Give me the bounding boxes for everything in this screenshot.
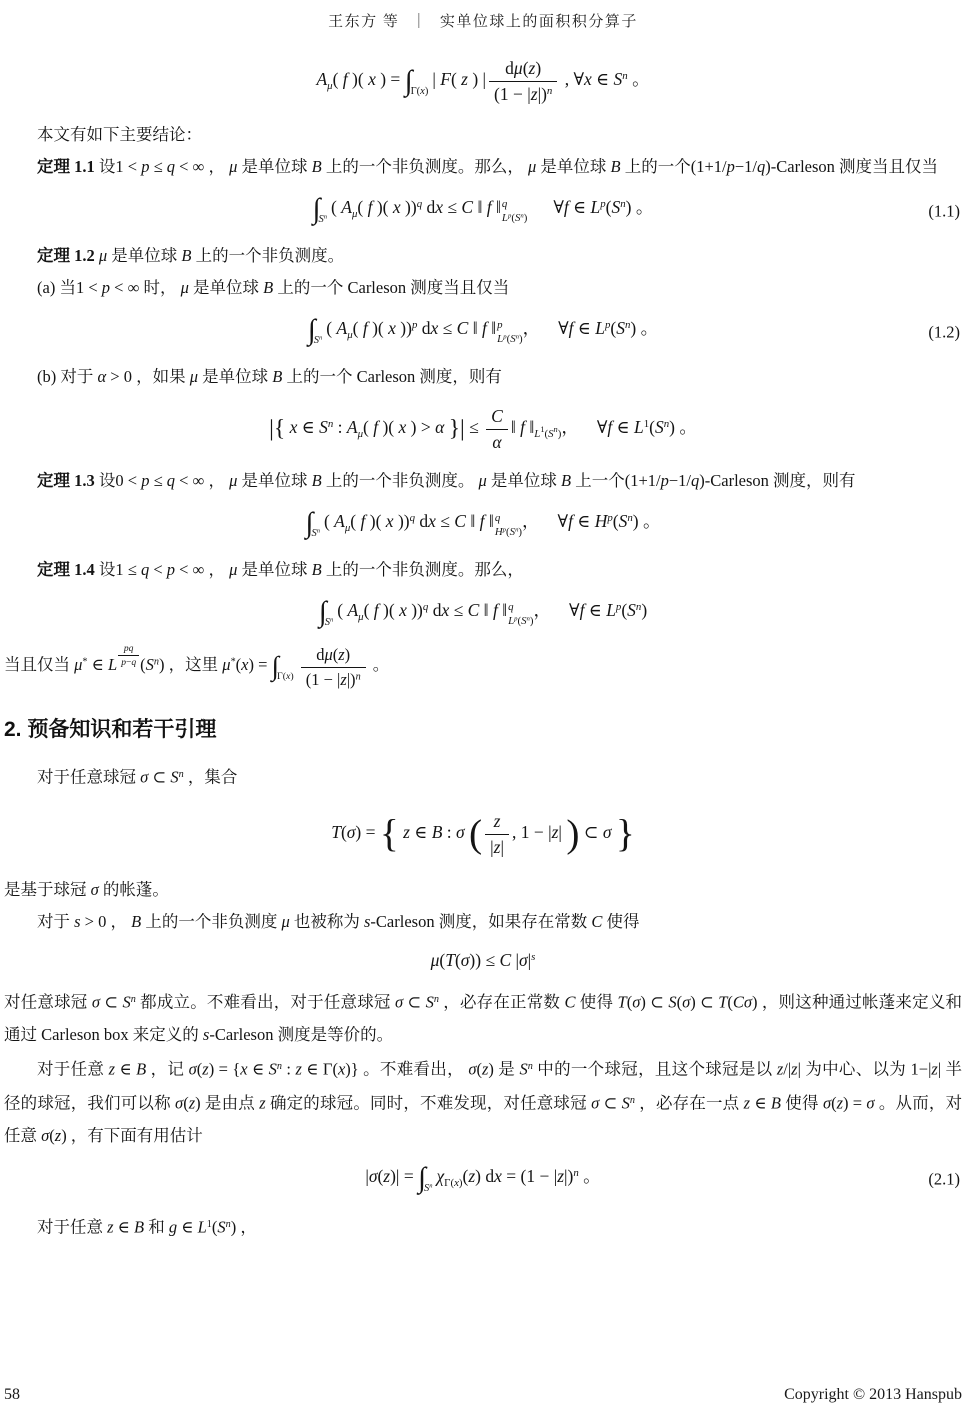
theorem-1-4: 定理 1.4 设1 ≤ q < p < ∞ ， μ 是单位球 B 上的一个非负测… — [4, 554, 962, 586]
formula-tail: ∀f ∈ Lp(Sn) — [569, 600, 647, 620]
formula-tent-def: T(σ) = { z ∈ B : σ (z|z|, 1 − |z| ) ⊂ σ … — [4, 810, 962, 858]
header-article-title: 实单位球上的面积积分算子 — [440, 14, 638, 30]
norm-sup-sub: qLp(Sn) — [502, 197, 527, 225]
formula-1-1: ∫Sn( Aμ( f )( x ))q dx ≤ C ‖ f ‖qLp(Sn)∀… — [4, 197, 962, 226]
norm-sup-sub: qLp(Sn) — [508, 600, 533, 628]
equation-number: (2.1) — [928, 1170, 960, 1191]
item-a: (a) 当1 < p < ∞ 时， μ 是单位球 B 上的一个 Carleson… — [4, 272, 962, 304]
integral-subscript: Sn — [314, 335, 323, 346]
fraction-denominator: (1 − |z|)n — [301, 668, 366, 690]
paragraph-final: 对于任意 z ∈ B 和 g ∈ L1(Sn) ， — [4, 1209, 962, 1244]
fraction: dμ(z)(1 − |z|)n — [301, 644, 366, 690]
formula-weak-type: |{ x ∈ Sn : Aμ( f )( x ) > α }| ≤ Cα‖ f … — [4, 405, 962, 453]
integral-subscript: Sn — [311, 528, 320, 539]
fraction-denominator: |z| — [485, 835, 509, 858]
formula-lead: Aμ( f )( x ) = — [316, 69, 404, 89]
formula-norm: ‖ f ‖L1(Sn)， — [511, 417, 579, 437]
integral-subscript: Sn — [424, 1183, 433, 1194]
paragraph-sigma-z: 对于任意 z ∈ B ，记 σ(z) = {x ∈ Sn : z ∈ Γ(x)}… — [4, 1051, 962, 1152]
fraction-numerator: z — [485, 810, 509, 835]
norm-sup-sub: qHp(Sn) — [495, 511, 522, 539]
paragraph-tent: 是基于球冠 σ 的帐蓬。 — [4, 874, 962, 906]
formula-tail: , ∀x ∈ Sn 。 — [560, 69, 649, 89]
running-header: 王东方 等｜实单位球上的面积积分算子 — [4, 10, 962, 31]
formula-tail: ∀f ∈ Hp(Sn) 。 — [558, 511, 661, 531]
fraction-denominator: (1 − |z|)n — [489, 82, 557, 105]
integral-subscript: Γ(x) — [411, 86, 429, 97]
paragraph-equivalence: 对任意球冠 σ ⊂ Sn 都成立。不难看出，对于任意球冠 σ ⊂ Sn ，必存在… — [4, 984, 962, 1051]
exponent-fraction: pqp−q — [118, 643, 139, 668]
paragraph-intro: 本文有如下主要结论： — [4, 119, 962, 151]
formula-tail: ∀f ∈ Lp(Sn) 。 — [553, 197, 653, 217]
formula-1-2: ∫Sn( Aμ( f )( x ))p dx ≤ C ‖ f ‖pLp(Sn)，… — [4, 318, 962, 347]
theorem-1-3: 定理 1.3 设0 < p ≤ q < ∞ ， μ 是单位球 B 上的一个非负测… — [4, 465, 962, 497]
formula-body: ( Aμ( f )( x ))q dx ≤ C ‖ f ‖ — [331, 197, 501, 217]
equation-number: (1.2) — [928, 322, 960, 343]
paragraph-crown: 对于任意球冠 σ ⊂ Sn ，集合 — [4, 759, 962, 794]
paper-page: 王东方 等｜实单位球上的面积积分算子 Aμ( f )( x ) = ∫Γ(x)|… — [0, 0, 966, 1414]
equation-number: (1.1) — [928, 201, 960, 222]
formula-area-integral-def: Aμ( f )( x ) = ∫Γ(x)| F( z ) |dμ(z)(1 − … — [4, 57, 962, 105]
formula-tail: ∀f ∈ L1(Sn) 。 — [597, 417, 697, 437]
theorem-1-2: 定理 1.2 μ 是单位球 B 上的一个非负测度。 — [4, 240, 962, 272]
fraction-numerator: dμ(z) — [301, 644, 366, 668]
paragraph-s-carleson: 对于 s > 0 ， B 上的一个非负测度 μ 也被称为 s-Carleson … — [4, 906, 962, 938]
formula-lead: |{ x ∈ Sn : Aμ( f )( x ) > α }| ≤ — [269, 417, 483, 437]
formula-body: μ(T(σ)) ≤ C |σ|s — [431, 950, 536, 970]
integral-subscript: Sn — [319, 214, 328, 225]
formula-lp-14: ∫Sn( Aμ( f )( x ))q dx ≤ C ‖ f ‖qLp(Sn)，… — [4, 600, 962, 629]
formula-hp: ∫Sn( Aμ( f )( x ))q dx ≤ C ‖ f ‖qHp(Sn)，… — [4, 511, 962, 540]
page-footer: 58 Copyright © 2013 Hanspub — [4, 1386, 962, 1404]
iff-lead: 当且仅当 μ* ∈ L — [4, 655, 117, 674]
norm-sup-sub: pLp(Sn) — [497, 318, 522, 346]
page-number: 58 — [4, 1386, 20, 1404]
integral-subscript: Sn — [325, 617, 334, 628]
formula-tail: ∀f ∈ Lp(Sn) 。 — [558, 318, 658, 338]
fraction: dμ(z)(1 − |z|)n — [489, 57, 557, 105]
iff-line: 当且仅当 μ* ∈ Lpqp−q(Sn) ，这里 μ*(x) = ∫Γ(x)dμ… — [4, 643, 962, 689]
formula-body: ( Aμ( f )( x ))p dx ≤ C ‖ f ‖ — [326, 318, 496, 338]
fraction-denominator: α — [486, 430, 508, 453]
formula-body: ( Aμ( f )( x ))q dx ≤ C ‖ f ‖ — [324, 511, 494, 531]
iff-tail: 。 — [369, 655, 390, 674]
formula-2-1: |σ(z)| = ∫SnχΓ(x)(z) dx = (1 − |z|)n 。 (… — [4, 1166, 962, 1195]
iff-mid: (Sn) ，这里 μ*(x) = — [140, 655, 271, 674]
copyright-text: Copyright © 2013 Hanspub — [784, 1386, 962, 1404]
header-divider: ｜ — [411, 14, 428, 30]
formula-body: ( Aμ( f )( x ))q dx ≤ C ‖ f ‖ — [337, 600, 507, 620]
formula-lead: T(σ) = { z ∈ B : σ ( — [331, 822, 482, 842]
formula-tail: χΓ(x)(z) dx = (1 − |z|)n 。 — [436, 1166, 600, 1186]
item-b: (b) 对于 α > 0 ，如果 μ 是单位球 B 上的一个 Carleson … — [4, 361, 962, 393]
section-title: 2. 预备知识和若干引理 — [4, 713, 962, 743]
formula-lead: |σ(z)| = — [365, 1166, 418, 1186]
formula-tail: , 1 − |z| ) ⊂ σ } — [512, 822, 635, 842]
fraction-numerator: dμ(z) — [489, 57, 557, 82]
theorem-1-1: 定理 1.1 设1 < p ≤ q < ∞ ， μ 是单位球 B 上的一个非负测… — [4, 151, 962, 183]
formula-mid: | F( z ) | — [432, 69, 486, 89]
header-authors: 王东方 等 — [328, 14, 399, 30]
fraction-numerator: C — [486, 405, 508, 430]
fraction: Cα — [486, 405, 508, 453]
fraction: z|z| — [485, 810, 509, 858]
integral-subscript: Γ(x) — [277, 671, 294, 682]
formula-s-carleson: μ(T(σ)) ≤ C |σ|s — [4, 950, 962, 972]
